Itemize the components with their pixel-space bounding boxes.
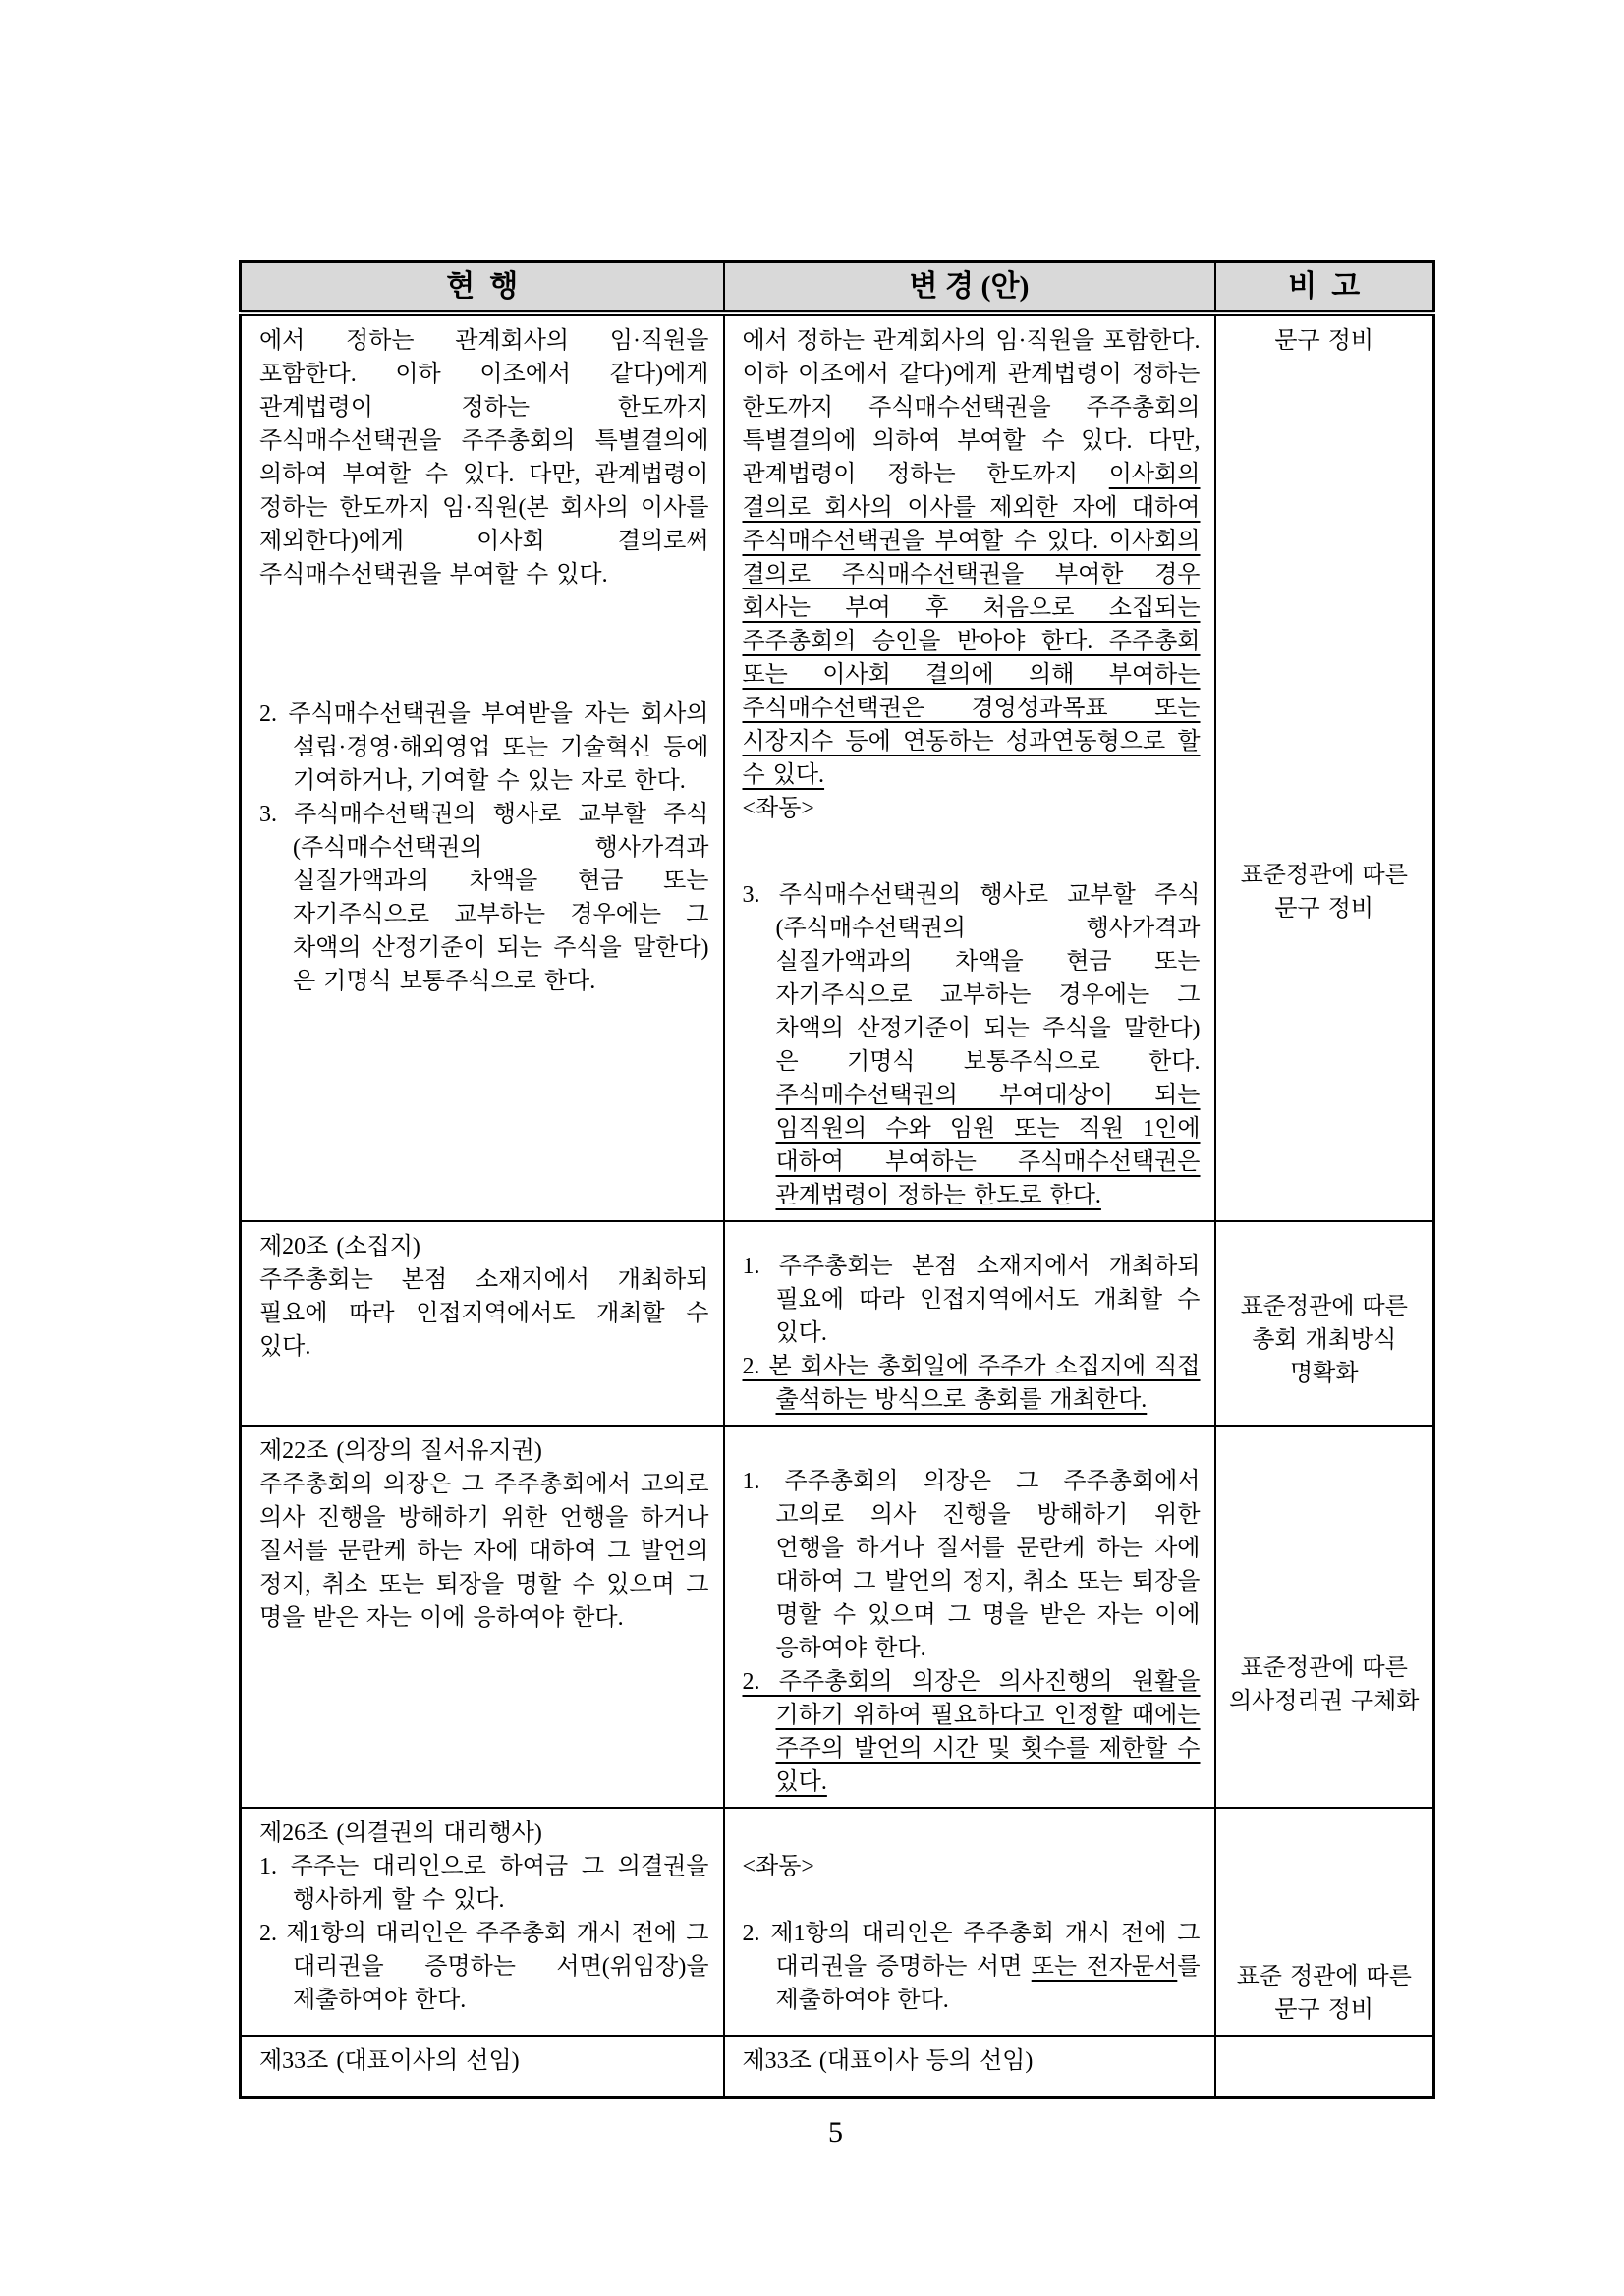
cell-current-article-22: 제22조 (의장의 질서유지권)주주총회의 의장은 그 주주총회에서 고의로 의… (241, 1426, 724, 1808)
numbered-item: 2. 주식매수선택권을 부여받을 자는 회사의 설립·경영·해외영업 또는 기술… (259, 698, 709, 798)
cell-amended-article-26: <좌동>2. 제1항의 대리인은 주주총회 개시 전에 그 대리권을 증명하는 … (724, 1808, 1215, 2036)
header-remark: 비 고 (1215, 262, 1434, 313)
paragraph: 제33조 (대표이사 등의 선임) (743, 2044, 1201, 2078)
underlined-revision-text: 2. 주주총회의 의장은 의사진행의 원활을 기하기 위하여 필요하다고 인정할… (743, 1669, 1201, 1795)
cell-current-stock-option: 에서 정하는 관계회사의 임·직원을 포함한다. 이하 이조에서 같다)에게 관… (241, 313, 724, 1221)
cell-amended-article-33: 제33조 (대표이사 등의 선임) (724, 2036, 1215, 2097)
numbered-item: 1. 주주총회는 본점 소재지에서 개최하되 필요에 따라 인접지역에서도 개최… (743, 1250, 1201, 1350)
table-row-article-22: 제22조 (의장의 질서유지권)주주총회의 의장은 그 주주총회에서 고의로 의… (241, 1426, 1434, 1808)
cell-remark-article-33 (1215, 2036, 1434, 2097)
document-page: 현 행 변 경 (안) 비 고 에서 정하는 관계회사의 임·직원을 포함한다.… (0, 0, 1624, 2296)
cell-amended-article-22: 1. 주주총회의 의장은 그 주주총회에서 고의로 의사 진행을 방해하기 위한… (724, 1426, 1215, 1808)
table-row-article-26: 제26조 (의결권의 대리행사)1. 주주는 대리인으로 하여금 그 의결권을 … (241, 1808, 1434, 2036)
underlined-revision-text: 이사회의 결의로 회사의 이사를 제외한 자에 대하여 주식매수선택권을 부여할… (743, 462, 1201, 788)
cell-current-article-26: 제26조 (의결권의 대리행사)1. 주주는 대리인으로 하여금 그 의결권을 … (241, 1808, 724, 2036)
paragraph: 제22조 (의장의 질서유지권) (259, 1434, 709, 1468)
paragraph: <좌동> (743, 1850, 1201, 1883)
paragraph: 에서 정하는 관계회사의 임·직원을 포함한다. 이하 이조에서 같다)에게 관… (259, 324, 709, 591)
page-number: 5 (239, 2116, 1432, 2150)
cell-amended-stock-option: 에서 정하는 관계회사의 임·직원을 포함한다. 이하 이조에서 같다)에게 관… (724, 313, 1215, 1221)
paragraph: 표준정관에 따른 총회 개최방식 명확화 (1226, 1290, 1424, 1390)
header-amended: 변 경 (안) (724, 262, 1215, 313)
paragraph: 문구 정비 (1226, 324, 1424, 358)
numbered-item: 3. 주식매수선택권의 행사로 교부할 주식 (주식매수선택권의 행사가격과 실… (259, 798, 709, 998)
numbered-item: 3. 주식매수선택권의 행사로 교부할 주식(주식매수선택권의 행사가격과 실질… (743, 878, 1201, 1212)
paragraph: 제26조 (의결권의 대리행사) (259, 1817, 709, 1850)
charter-comparison-table: 현 행 변 경 (안) 비 고 에서 정하는 관계회사의 임·직원을 포함한다.… (239, 260, 1435, 2099)
numbered-item: 1. 주주는 대리인으로 하여금 그 의결권을 행사하게 할 수 있다. (259, 1850, 709, 1917)
table-header-row: 현 행 변 경 (안) 비 고 (241, 262, 1434, 313)
underlined-revision-text: 주식매수선택권의 부여대상이 되는 임직원의 수와 임원 또는 직원 1인에 대… (776, 1083, 1201, 1208)
paragraph: 주주총회의 의장은 그 주주총회에서 고의로 의사 진행을 방해하기 위한 언행… (259, 1468, 709, 1635)
paragraph: 표준정관에 따른 문구 정비 (1226, 859, 1424, 925)
header-current: 현 행 (241, 262, 724, 313)
numbered-item: 2. 본 회사는 총회일에 주주가 소집지에 직접 출석하는 방식으로 총회를 … (743, 1350, 1201, 1417)
cell-remark-stock-option: 문구 정비표준정관에 따른 문구 정비 (1215, 313, 1434, 1221)
table-row-article-33: 제33조 (대표이사의 선임) 제33조 (대표이사 등의 선임) (241, 2036, 1434, 2097)
numbered-item: 1. 주주총회의 의장은 그 주주총회에서 고의로 의사 진행을 방해하기 위한… (743, 1465, 1201, 1665)
paragraph: 제33조 (대표이사의 선임) (259, 2044, 709, 2078)
paragraph: 주주총회는 본점 소재지에서 개최하되 필요에 따라 인접지역에서도 개최할 수… (259, 1263, 709, 1364)
cell-remark-article-22: 표준정관에 따른 의사정리권 구체화 (1215, 1426, 1434, 1808)
table-row-article-20: 제20조 (소집지)주주총회는 본점 소재지에서 개최하되 필요에 따라 인접지… (241, 1221, 1434, 1426)
underlined-revision-text: 2. 본 회사는 총회일에 주주가 소집지에 직접 출석하는 방식으로 총회를 … (743, 1354, 1201, 1413)
paragraph: 에서 정하는 관계회사의 임·직원을 포함한다. 이하 이조에서 같다)에게 관… (743, 324, 1201, 792)
cell-amended-article-20: 1. 주주총회는 본점 소재지에서 개최하되 필요에 따라 인접지역에서도 개최… (724, 1221, 1215, 1426)
paragraph: 표준 정관에 따른 문구 정비 (1226, 1960, 1424, 2027)
paragraph: 제20조 (소집지) (259, 1230, 709, 1263)
underlined-revision-text: 또는 전자문서 (1032, 1954, 1178, 1980)
cell-remark-article-20: 표준정관에 따른 총회 개최방식 명확화 (1215, 1221, 1434, 1426)
paragraph: 표준정관에 따른 의사정리권 구체화 (1226, 1652, 1424, 1718)
table-row-stock-option: 에서 정하는 관계회사의 임·직원을 포함한다. 이하 이조에서 같다)에게 관… (241, 313, 1434, 1221)
numbered-item: 2. 주주총회의 의장은 의사진행의 원활을 기하기 위하여 필요하다고 인정할… (743, 1665, 1201, 1799)
paragraph: <좌동> (743, 792, 1201, 825)
numbered-item: 2. 제1항의 대리인은 주주총회 개시 전에 그 대리권을 증명하는 서면(위… (259, 1917, 709, 2017)
numbered-item: 2. 제1항의 대리인은 주주총회 개시 전에 그 대리권을 증명하는 서면 또… (743, 1917, 1201, 2017)
cell-remark-article-26: 표준 정관에 따른 문구 정비 (1215, 1808, 1434, 2036)
cell-current-article-20: 제20조 (소집지)주주총회는 본점 소재지에서 개최하되 필요에 따라 인접지… (241, 1221, 724, 1426)
cell-current-article-33: 제33조 (대표이사의 선임) (241, 2036, 724, 2097)
